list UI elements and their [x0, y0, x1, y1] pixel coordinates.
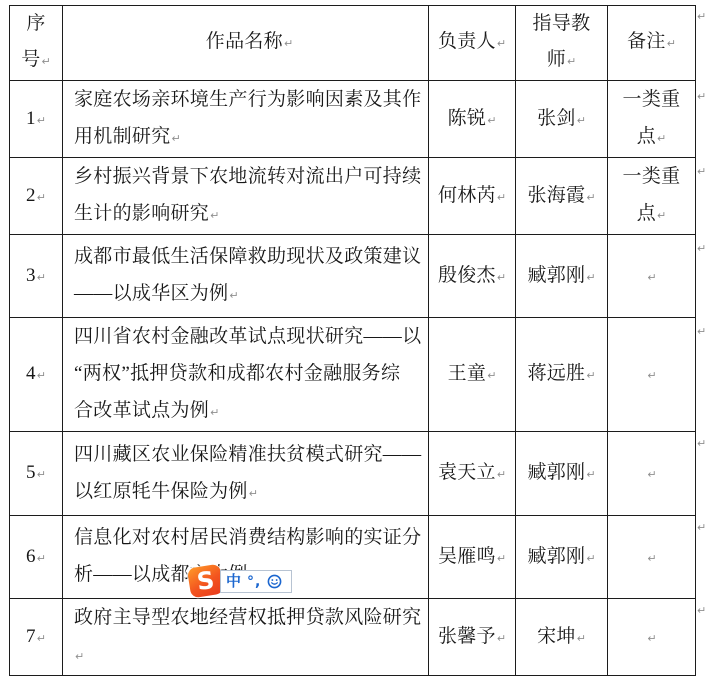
cell-note[interactable]: ↵ [608, 432, 696, 516]
table-header-row: 序 号↵ 作品名称↵ 负责人↵ 指导教 师↵ 备注↵ [10, 6, 696, 81]
cell-index[interactable]: 4↵ [10, 318, 63, 432]
header-note-label: 备注 [627, 31, 666, 52]
table-row: 4↵ 四川省农村金融改革试点现状研究——以 “两权”抵押贷款和成都农村金融服务综… [10, 318, 696, 432]
cell-title[interactable]: 四川省农村金融改革试点现状研究——以 “两权”抵押贷款和成都农村金融服务综 合改… [63, 318, 429, 432]
cell-leader[interactable]: 殷俊杰↵ [429, 235, 516, 318]
row-index: 3 [26, 265, 36, 286]
paragraph-mark: ↵ [37, 114, 46, 127]
cell-title[interactable]: 四川藏区农业保险精准扶贫模式研究—— 以红原牦牛保险为例↵ [63, 432, 429, 516]
header-leader-label: 负责人 [438, 31, 496, 52]
cell-title[interactable]: 成都市最低生活保障救助现状及政策建议 ——以成华区为例↵ [63, 235, 429, 318]
cell-index[interactable]: 5↵ [10, 432, 63, 516]
paragraph-mark: ↵ [37, 552, 46, 565]
row-index: 7 [26, 626, 36, 647]
advisor-name: 臧郭刚 [527, 265, 585, 286]
leader-name: 袁天立 [438, 462, 496, 483]
table-row: 3↵ 成都市最低生活保障救助现状及政策建议 ——以成华区为例↵ 殷俊杰↵ 臧郭刚… [10, 235, 696, 318]
header-title[interactable]: 作品名称↵ [63, 6, 429, 81]
cell-leader[interactable]: 王童↵ [429, 318, 516, 432]
paragraph-mark: ↵ [647, 369, 656, 382]
ime-toolbar: 中 °, [220, 570, 292, 593]
cell-leader[interactable]: 陈锐↵ [429, 81, 516, 158]
paragraph-mark: ↵ [577, 114, 586, 127]
header-title-label: 作品名称 [206, 31, 283, 52]
ime-emoji-button[interactable] [267, 574, 282, 589]
leader-name: 陈锐 [448, 108, 487, 129]
paragraph-mark: ↵ [210, 406, 219, 419]
header-index[interactable]: 序 号↵ [10, 6, 63, 81]
work-title: 四川省农村金融改革试点现状研究——以 “两权”抵押贷款和成都农村金融服务综 合改… [74, 326, 421, 421]
row-index: 2 [26, 185, 36, 206]
table-row: 1↵ 家庭农场亲环境生产行为影响因素及其作 用机制研究↵ 陈锐↵ 张剑↵ 一类重… [10, 81, 696, 158]
paragraph-mark: ↵ [75, 650, 84, 663]
row-end-mark: ↵ [697, 522, 705, 533]
paragraph-mark: ↵ [487, 114, 496, 127]
paragraph-mark: ↵ [172, 132, 181, 145]
work-title: 四川藏区农业保险精准扶贫模式研究—— 以红原牦牛保险为例 [74, 444, 421, 502]
row-end-mark: ↵ [697, 326, 705, 337]
header-advisor-label: 指导教 师 [533, 13, 591, 70]
paragraph-mark: ↵ [667, 37, 676, 50]
table-row: 6↵ 信息化对农村居民消费结构影响的实证分 析——以成都市为例↵ 吴雁鸣↵ 臧郭… [10, 516, 696, 599]
row-index: 1 [26, 108, 36, 129]
cell-advisor[interactable]: 臧郭刚↵ [516, 516, 608, 599]
cell-title[interactable]: 乡村振兴背景下农地流转对流出户可持续 生计的影响研究↵ [63, 158, 429, 235]
paragraph-mark: ↵ [586, 271, 595, 284]
leader-name: 张馨予 [438, 626, 496, 647]
row-index: 5 [26, 462, 36, 483]
paragraph-mark: ↵ [586, 191, 595, 204]
cell-leader[interactable]: 何林芮↵ [429, 158, 516, 235]
smiley-face-icon [267, 574, 282, 589]
row-index: 4 [26, 363, 36, 384]
leader-name: 何林芮 [438, 185, 496, 206]
work-title: 家庭农场亲环境生产行为影响因素及其作 用机制研究 [74, 89, 421, 147]
ime-logo-button[interactable]: S [187, 564, 224, 599]
advisor-name: 张剑 [537, 108, 576, 129]
paragraph-mark: ↵ [37, 369, 46, 382]
cell-index[interactable]: 7↵ [10, 599, 63, 676]
paragraph-mark: ↵ [647, 271, 656, 284]
cell-note[interactable]: ↵ [608, 318, 696, 432]
cell-advisor[interactable]: 张海霞↵ [516, 158, 608, 235]
paragraph-mark: ↵ [497, 271, 506, 284]
ime-logo-letter: S [195, 568, 215, 594]
cell-note[interactable]: 一类重 点↵ [608, 81, 696, 158]
cell-advisor[interactable]: 臧郭刚↵ [516, 432, 608, 516]
cell-leader[interactable]: 吴雁鸣↵ [429, 516, 516, 599]
header-note[interactable]: 备注↵ [608, 6, 696, 81]
paragraph-mark: ↵ [284, 37, 293, 50]
paragraph-mark: ↵ [647, 468, 656, 481]
paragraph-mark: ↵ [37, 468, 46, 481]
cell-advisor[interactable]: 宋坤↵ [516, 599, 608, 676]
paragraph-mark: ↵ [497, 191, 506, 204]
paragraph-mark: ↵ [657, 209, 666, 222]
paragraph-mark: ↵ [567, 55, 576, 68]
cell-leader[interactable]: 张馨予↵ [429, 599, 516, 676]
cell-note[interactable]: ↵ [608, 235, 696, 318]
cell-title[interactable]: 家庭农场亲环境生产行为影响因素及其作 用机制研究↵ [63, 81, 429, 158]
row-index: 6 [26, 546, 36, 567]
paragraph-mark: ↵ [497, 552, 506, 565]
paragraph-mark: ↵ [647, 552, 656, 565]
paragraph-mark: ↵ [577, 632, 586, 645]
cell-index[interactable]: 3↵ [10, 235, 63, 318]
paragraph-mark: ↵ [497, 468, 506, 481]
paragraph-mark: ↵ [657, 132, 666, 145]
paragraph-mark: ↵ [42, 55, 51, 68]
cell-index[interactable]: 6↵ [10, 516, 63, 599]
paragraph-mark: ↵ [37, 191, 46, 204]
row-end-mark: ↵ [697, 91, 705, 102]
note-text: 一类重 点 [623, 89, 681, 147]
row-end-mark: ↵ [697, 438, 705, 449]
leader-name: 殷俊杰 [438, 265, 496, 286]
work-title: 乡村振兴背景下农地流转对流出户可持续 生计的影响研究 [74, 166, 421, 224]
cell-leader[interactable]: 袁天立↵ [429, 432, 516, 516]
advisor-name: 臧郭刚 [527, 546, 585, 567]
ime-punctuation-toggle[interactable]: °, [247, 573, 261, 591]
paragraph-mark: ↵ [497, 632, 506, 645]
cell-advisor[interactable]: 臧郭刚↵ [516, 235, 608, 318]
leader-name: 吴雁鸣 [438, 546, 496, 567]
paragraph-mark: ↵ [210, 209, 219, 222]
table-row: 5↵ 四川藏区农业保险精准扶贫模式研究—— 以红原牦牛保险为例↵ 袁天立↵ 臧郭… [10, 432, 696, 516]
works-table: 序 号↵ 作品名称↵ 负责人↵ 指导教 师↵ 备注↵ 1↵ 家庭农场亲环境生产行… [9, 5, 696, 676]
header-advisor[interactable]: 指导教 师↵ [516, 6, 608, 81]
cell-index[interactable]: 1↵ [10, 81, 63, 158]
paragraph-mark: ↵ [586, 552, 595, 565]
row-end-mark: ↵ [697, 166, 705, 177]
cell-note[interactable]: ↵ [608, 599, 696, 676]
paragraph-mark: ↵ [497, 37, 506, 50]
work-title: 政府主导型农地经营权抵押贷款风险研究 [74, 607, 421, 628]
cell-advisor[interactable]: 张剑↵ [516, 81, 608, 158]
cell-index[interactable]: 2↵ [10, 158, 63, 235]
paragraph-mark: ↵ [586, 468, 595, 481]
paragraph-mark: ↵ [37, 271, 46, 284]
row-end-mark: ↵ [697, 605, 705, 616]
advisor-name: 臧郭刚 [527, 462, 585, 483]
ime-language-mode-toggle[interactable]: 中 [226, 571, 241, 592]
row-end-mark: ↵ [697, 11, 705, 22]
advisor-name: 张海霞 [527, 185, 585, 206]
table-row: 7↵ 政府主导型农地经营权抵押贷款风险研究↵ 张馨予↵ 宋坤↵ ↵ [10, 599, 696, 676]
note-text: 一类重 点 [623, 166, 681, 224]
paragraph-mark: ↵ [487, 369, 496, 382]
table-row: 2↵ 乡村振兴背景下农地流转对流出户可持续 生计的影响研究↵ 何林芮↵ 张海霞↵… [10, 158, 696, 235]
advisor-name: 蒋远胜 [527, 363, 585, 384]
paragraph-mark: ↵ [647, 632, 656, 645]
cell-title[interactable]: 政府主导型农地经营权抵押贷款风险研究↵ [63, 599, 429, 676]
paragraph-mark: ↵ [249, 487, 258, 500]
row-end-mark: ↵ [697, 243, 705, 254]
leader-name: 王童 [448, 363, 487, 384]
paragraph-mark: ↵ [586, 369, 595, 382]
header-leader[interactable]: 负责人↵ [429, 6, 516, 81]
advisor-name: 宋坤 [537, 626, 576, 647]
paragraph-mark: ↵ [229, 289, 238, 302]
cell-note[interactable]: ↵ [608, 516, 696, 599]
paragraph-mark: ↵ [37, 632, 46, 645]
cell-note[interactable]: 一类重 点↵ [608, 158, 696, 235]
work-title: 成都市最低生活保障救助现状及政策建议 ——以成华区为例 [74, 246, 421, 304]
cell-advisor[interactable]: 蒋远胜↵ [516, 318, 608, 432]
